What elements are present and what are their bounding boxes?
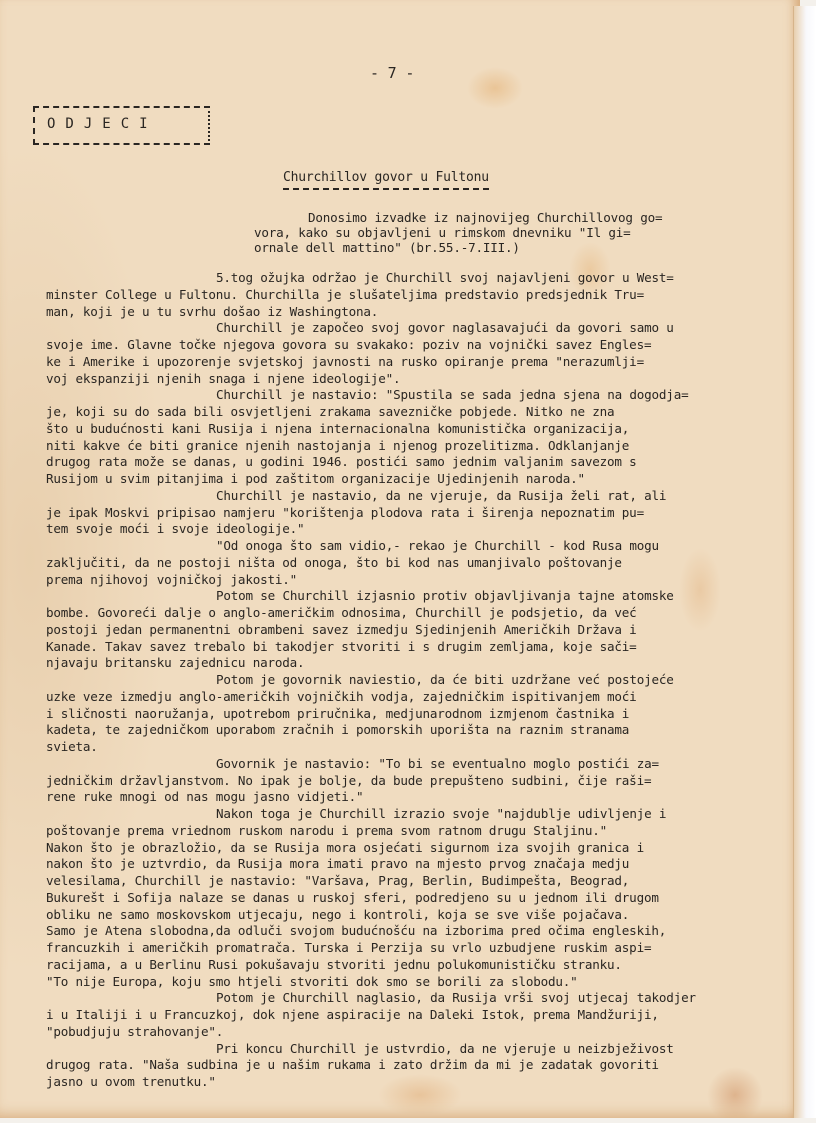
body-line: njavaju britansku zajednicu naroda. bbox=[46, 655, 304, 670]
body-line: zaključiti, da ne postoji ništa od onoga… bbox=[46, 555, 622, 570]
body-line: prema njihovoj vojničkoj jakosti." bbox=[46, 572, 297, 587]
page-edge bbox=[793, 6, 816, 1118]
body-line: drugog rata. "Naša sudbina je u našim ru… bbox=[46, 1057, 659, 1072]
body-line: jasno u ovom trenutku." bbox=[46, 1074, 216, 1089]
body-line: kadeta, te zajedničkom uporabom zračnih … bbox=[46, 722, 629, 737]
body-line: Churchill je nastavio, da ne vjeruje, da… bbox=[216, 488, 666, 503]
body-line: Churchill je nastavio: "Spustila se sada… bbox=[216, 387, 688, 402]
body-line: uzke veze izmedju anglo-američkih vojnič… bbox=[46, 689, 637, 704]
body-line: obliku ne samo moskovskom utjecaju, nego… bbox=[46, 907, 629, 922]
body-line: man, koji je u tu svrhu došao iz Washing… bbox=[46, 304, 378, 319]
body-line: rene ruke mnogi od nas mogu jasno vidjet… bbox=[46, 789, 363, 804]
body-line: "pobudjuju strahovanje". bbox=[46, 1024, 223, 1039]
body-line: Pri koncu Churchill je ustvrdio, da ne v… bbox=[216, 1041, 674, 1056]
body-line: i sličnosti naoružanja, upotrebom priruč… bbox=[46, 706, 629, 721]
body-line: Nakon što je obrazložio, da se Rusija mo… bbox=[46, 840, 644, 855]
body-line: francuzkih i američkih promatrača. Tursk… bbox=[46, 940, 651, 955]
intro-paragraph: Donosimo izvadke iz najnovijeg Churchill… bbox=[254, 210, 631, 255]
intro-line: Donosimo izvadke iz najnovijeg Churchill… bbox=[308, 210, 685, 225]
body-line: velesilama, Churchill je nastavio: "Varš… bbox=[46, 873, 629, 888]
body-line: niti kakve će biti granice njenih nastoj… bbox=[46, 438, 629, 453]
body-line: racijama, a u Berlinu Rusi pokušavaju st… bbox=[46, 957, 622, 972]
body-line: je ipak Moskvi pripisao namjeru "korište… bbox=[46, 505, 644, 520]
section-stamp-box: ODJECI bbox=[33, 106, 210, 145]
body-line: postoji jedan permanentni obrambeni save… bbox=[46, 622, 637, 637]
body-line: ke i Amerike i upozorenje svjetskoj javn… bbox=[46, 354, 644, 369]
body-line: Samo je Atena slobodna,da odluči svojom … bbox=[46, 923, 666, 938]
body-line: 5.tog ožujka održao je Churchill svoj na… bbox=[216, 270, 674, 285]
body-line: Potom je Churchill naglasio, da Rusija v… bbox=[216, 990, 696, 1005]
body-line: je, koji su do sada bili osvjetljeni zra… bbox=[46, 404, 614, 419]
body-line: bombe. Govoreći dalje o anglo-američkim … bbox=[46, 605, 637, 620]
body-line: i u Italiji i u Francuzkoj, dok njene as… bbox=[46, 1007, 659, 1022]
document-page: - 7 - ODJECI Churchillov govor u Fultonu… bbox=[0, 0, 800, 1118]
body-line: svieta. bbox=[46, 739, 98, 754]
body-line: poštovanje prema vriednom ruskom narodu … bbox=[46, 823, 607, 838]
article-title: Churchillov govor u Fultonu bbox=[283, 170, 489, 190]
body-line: "Od onoga što sam vidio,- rekao je Churc… bbox=[216, 538, 659, 553]
body-line: nakon što je uztvrdio, da Rusija mora im… bbox=[46, 856, 629, 871]
body-line: "To nije Europa, koju smo htjeli stvorit… bbox=[46, 974, 578, 989]
intro-line: vora, kako su objavljeni u rimskom dnevn… bbox=[254, 225, 631, 240]
body-line: drugog rata može se danas, u godini 1946… bbox=[46, 454, 637, 469]
body-line: minster College u Fultonu. Churchilla je… bbox=[46, 287, 644, 302]
body-line: što u budućnosti kani Rusija i njena int… bbox=[46, 421, 629, 436]
body-line: Kanade. Takav savez trebalo bi takodjer … bbox=[46, 639, 637, 654]
body-line: Potom se Churchill izjasnio protiv objav… bbox=[216, 588, 674, 603]
body-line: Potom je govornik naviestio, da će biti … bbox=[216, 672, 674, 687]
section-stamp-label: ODJECI bbox=[47, 116, 158, 132]
intro-line: ornale dell mattino" (br.55.-7.III.) bbox=[254, 240, 631, 255]
body-line: Rusijom u svim pitanjima i pod zaštitom … bbox=[46, 471, 585, 486]
body-line: tem svoje moći i svoje ideologije." bbox=[46, 521, 304, 536]
body-line: Govornik je nastavio: "To bi se eventual… bbox=[216, 756, 659, 771]
body-line: voj ekspanziji njenih snaga i njene ideo… bbox=[46, 371, 400, 386]
body-line: Bukurešt i Sofija nalaze se danas u rusk… bbox=[46, 890, 659, 905]
body-line: jedničkim državljanstvom. No ipak je bol… bbox=[46, 773, 651, 788]
body-line: Nakon toga je Churchill izrazio svoje "n… bbox=[216, 806, 666, 821]
body-line: svoje ime. Glavne točke njegova govora s… bbox=[46, 337, 651, 352]
body-line: Churchill je započeo svoj govor naglasav… bbox=[216, 320, 674, 335]
page-number: - 7 - bbox=[370, 64, 414, 82]
